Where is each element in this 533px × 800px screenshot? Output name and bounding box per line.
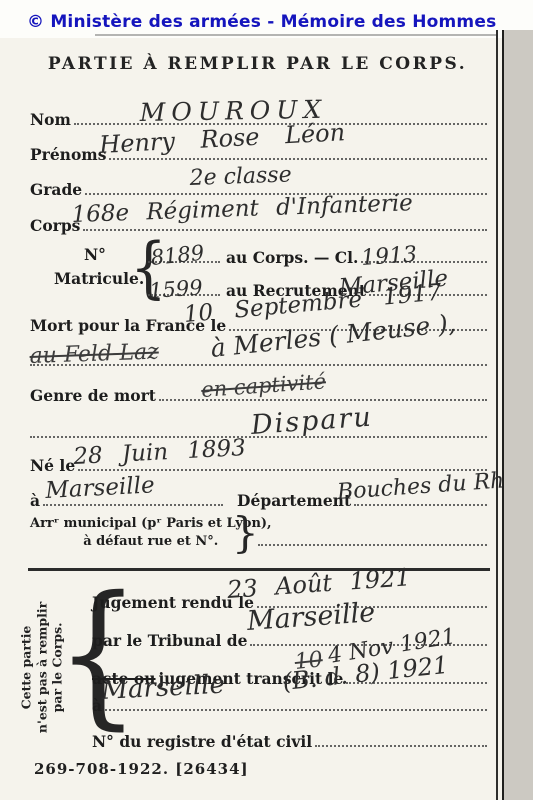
grade-value-handwritten: 2e classe <box>189 164 292 190</box>
matricule-corps-number-handwritten: 8189 <box>150 243 205 269</box>
registre-label: N° du registre d'état civil <box>92 733 315 750</box>
matricule-label-line1: N° <box>84 246 109 263</box>
dotted-line <box>109 157 487 160</box>
binding-line-inner <box>502 30 504 800</box>
page-top-edge <box>95 34 497 36</box>
scanned-document: © Ministère des armées - Mémoire des Hom… <box>0 0 533 800</box>
print-reference: 269-708-1922. [26434] <box>34 760 249 778</box>
form-title: PARTIE À REMPLIR PAR LE CORPS. <box>28 54 487 74</box>
copyright-watermark: © Ministère des armées - Mémoire des Hom… <box>27 12 496 32</box>
nom-label: Nom <box>30 111 74 128</box>
matricule-corps-suffix: au Corps. — Cl. <box>220 249 361 266</box>
transcrit-lieu-handwritten: Marseille <box>101 672 226 704</box>
field-row-arrondissement <box>258 527 487 549</box>
dotted-line <box>354 503 487 506</box>
classe-value-handwritten: 1913 <box>360 244 417 270</box>
dotted-line <box>315 744 487 747</box>
binding-line-outer <box>496 30 498 800</box>
dotted-line <box>105 708 487 711</box>
dotted-line <box>258 543 487 546</box>
side-note-line2: n'est pas à remplir <box>34 587 50 747</box>
tribunal-label: par le Tribunal de <box>92 632 250 649</box>
dotted-line <box>43 503 223 506</box>
field-row-registre: N° du registre d'état civil <box>92 728 487 750</box>
matricule-recrutement-number-handwritten: 1599 <box>149 277 204 302</box>
grade-label: Grade <box>30 181 85 198</box>
mort-lieu-struck-handwritten: au Feld-Laz <box>29 342 159 368</box>
prenoms-label: Prénoms <box>30 146 109 163</box>
genre-value-handwritten: Disparu <box>250 404 373 439</box>
departement-label: Département <box>223 492 354 509</box>
ne-le-label: Né le <box>30 457 78 474</box>
naissance-lieu-handwritten: Marseille <box>45 474 155 503</box>
ne-a-label: à <box>30 492 43 509</box>
genre-label: Genre de mort <box>30 387 159 404</box>
side-note-line1: Cette partie <box>19 587 35 747</box>
arrondissement-brace: } <box>232 512 259 554</box>
scan-margin <box>504 30 533 800</box>
dotted-line <box>78 468 487 471</box>
